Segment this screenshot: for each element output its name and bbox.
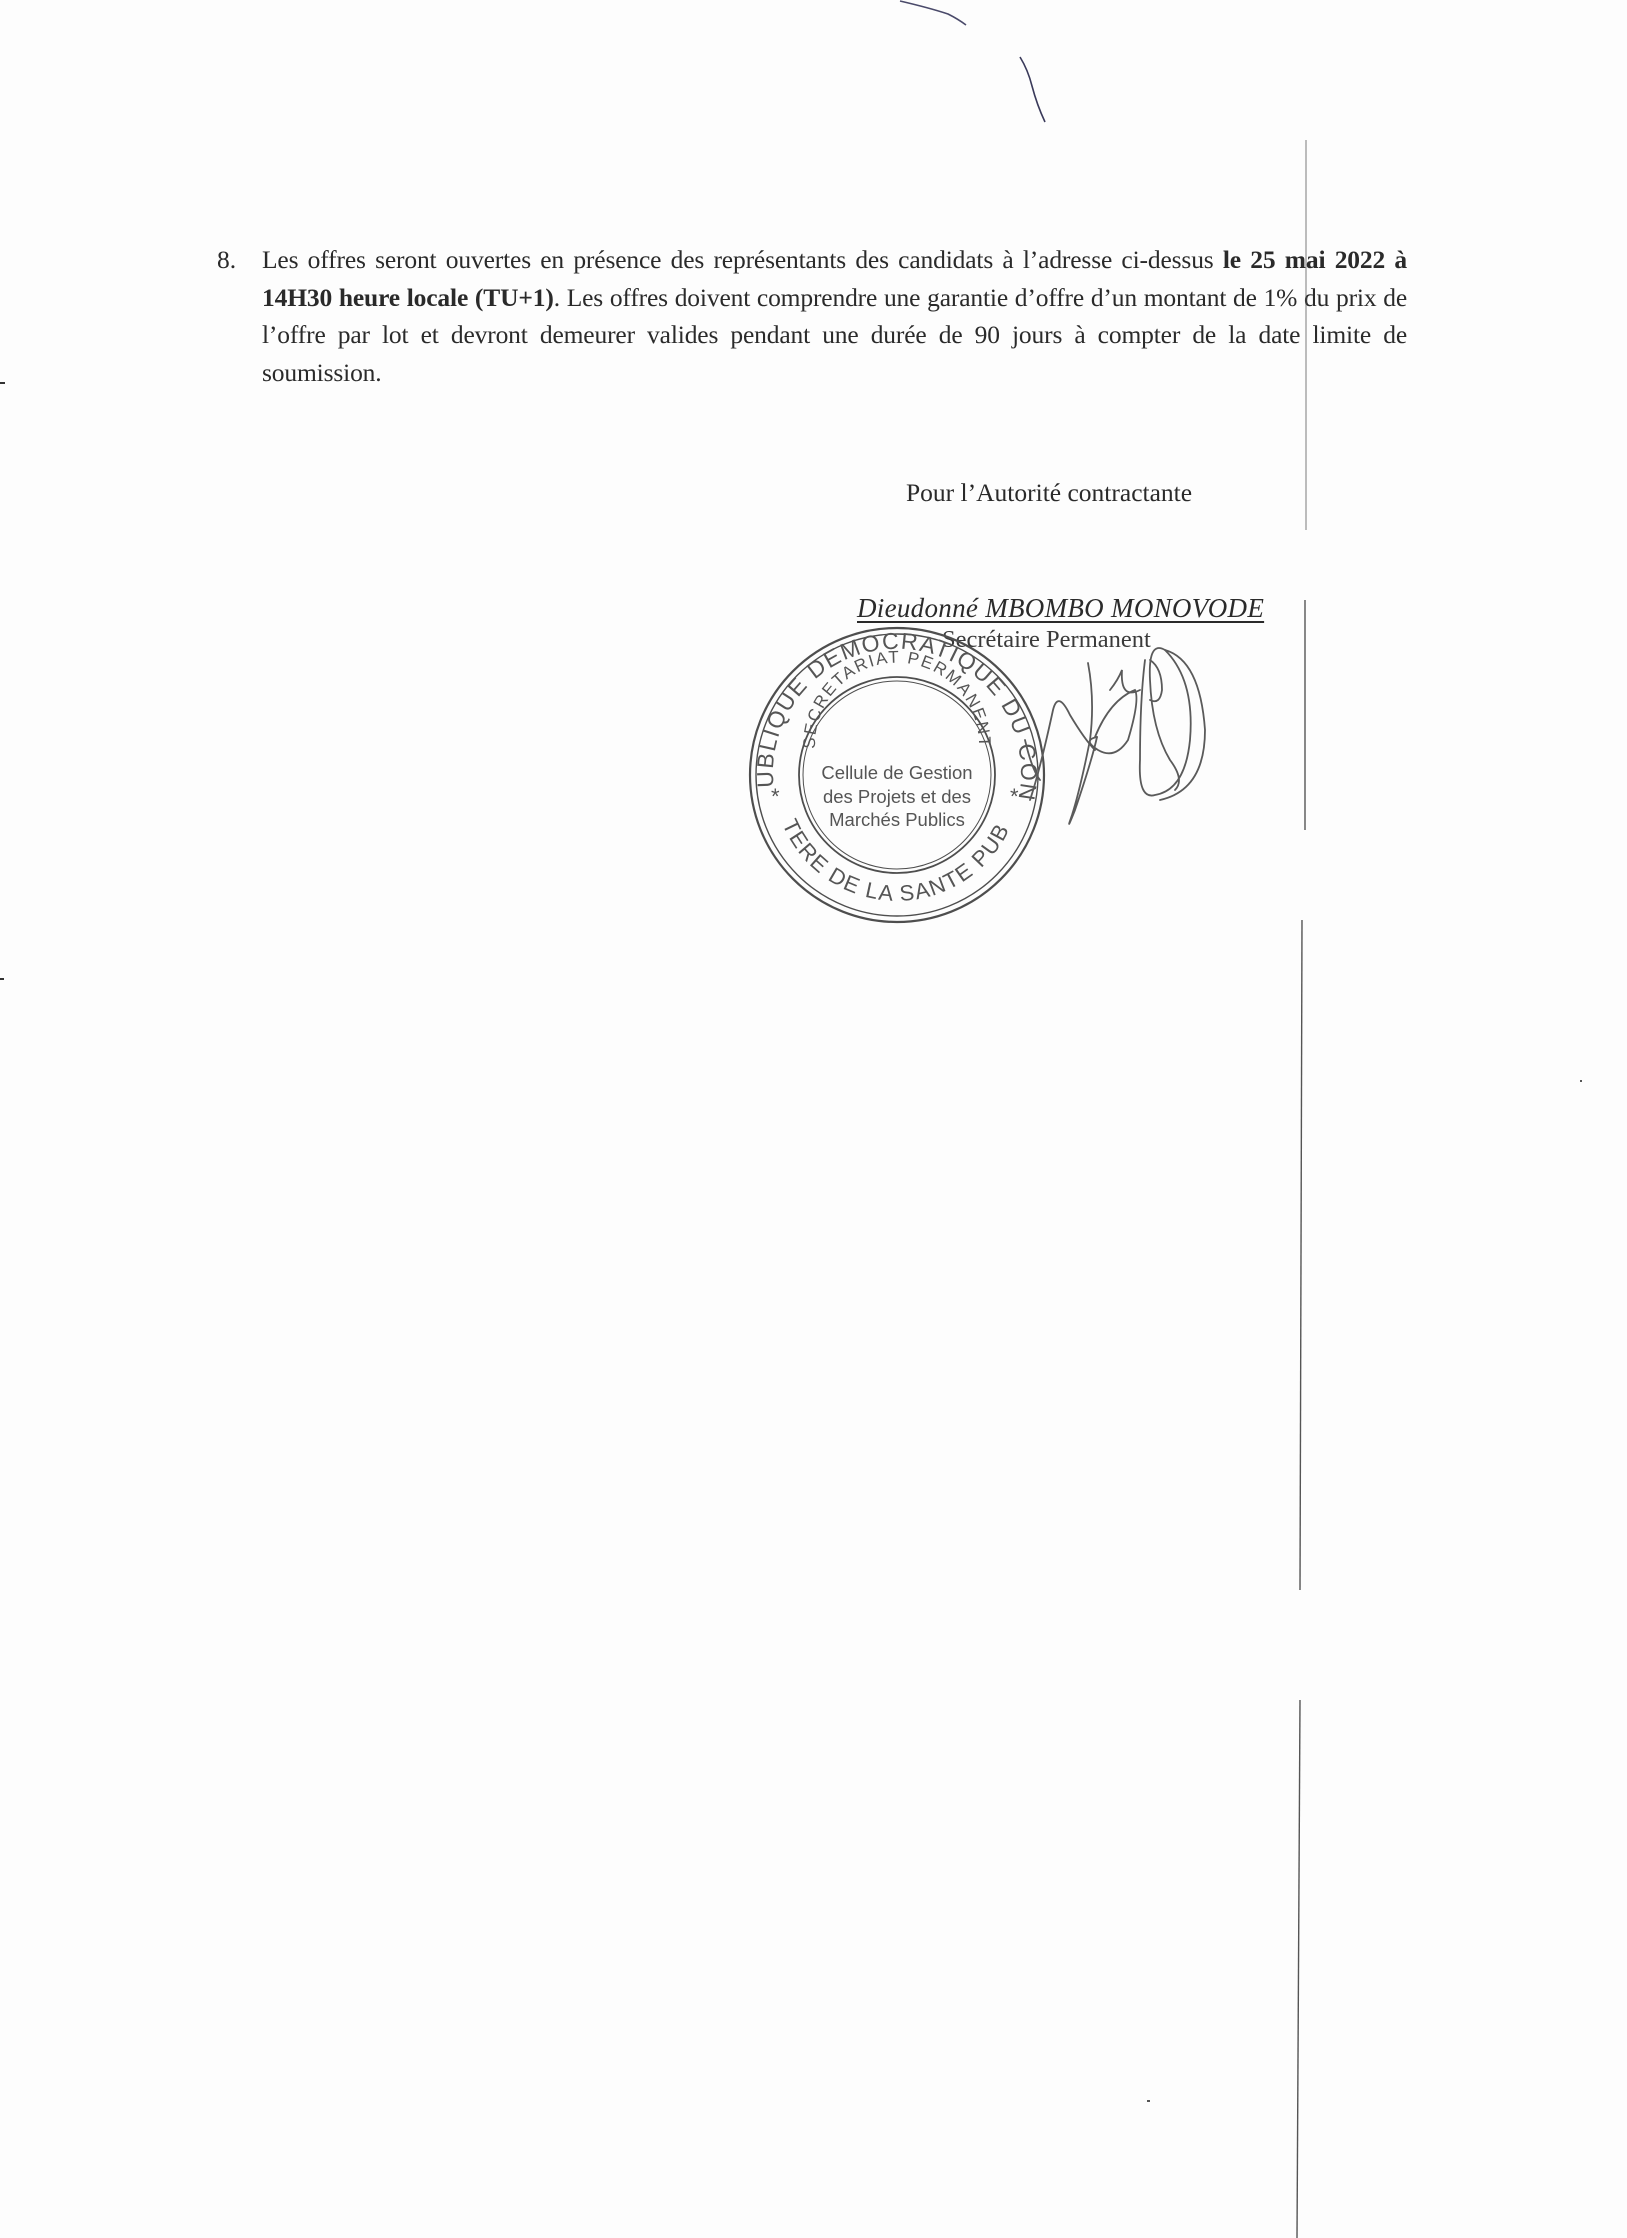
scanned-page: 8. Les offres seront ouvertes en présenc… (0, 0, 1627, 2238)
scan-speck (0, 382, 5, 384)
stamp-star-right: * (1010, 784, 1019, 809)
stamp-center-line-1: Cellule de Gestion (821, 762, 972, 783)
scan-speck (1580, 1080, 1582, 1082)
page-marks: REPUBLIQUE DEMOCRATIQUE DU CONGO MINISTE… (0, 0, 1627, 2238)
scan-speck (1147, 2100, 1150, 2102)
handwritten-signature (1025, 648, 1205, 824)
vertical-crease-line (1297, 140, 1306, 2238)
stamp-center-line-3: Marchés Publics (829, 809, 965, 830)
pen-stroke-mark (1020, 57, 1045, 122)
stamp-center-line-2: des Projets et des (823, 786, 971, 807)
pen-stroke-mark (900, 1, 966, 25)
stamp-star-left: * (771, 784, 780, 809)
scan-speck (0, 978, 4, 980)
official-stamp: REPUBLIQUE DEMOCRATIQUE DU CONGO MINISTE… (750, 628, 1044, 922)
